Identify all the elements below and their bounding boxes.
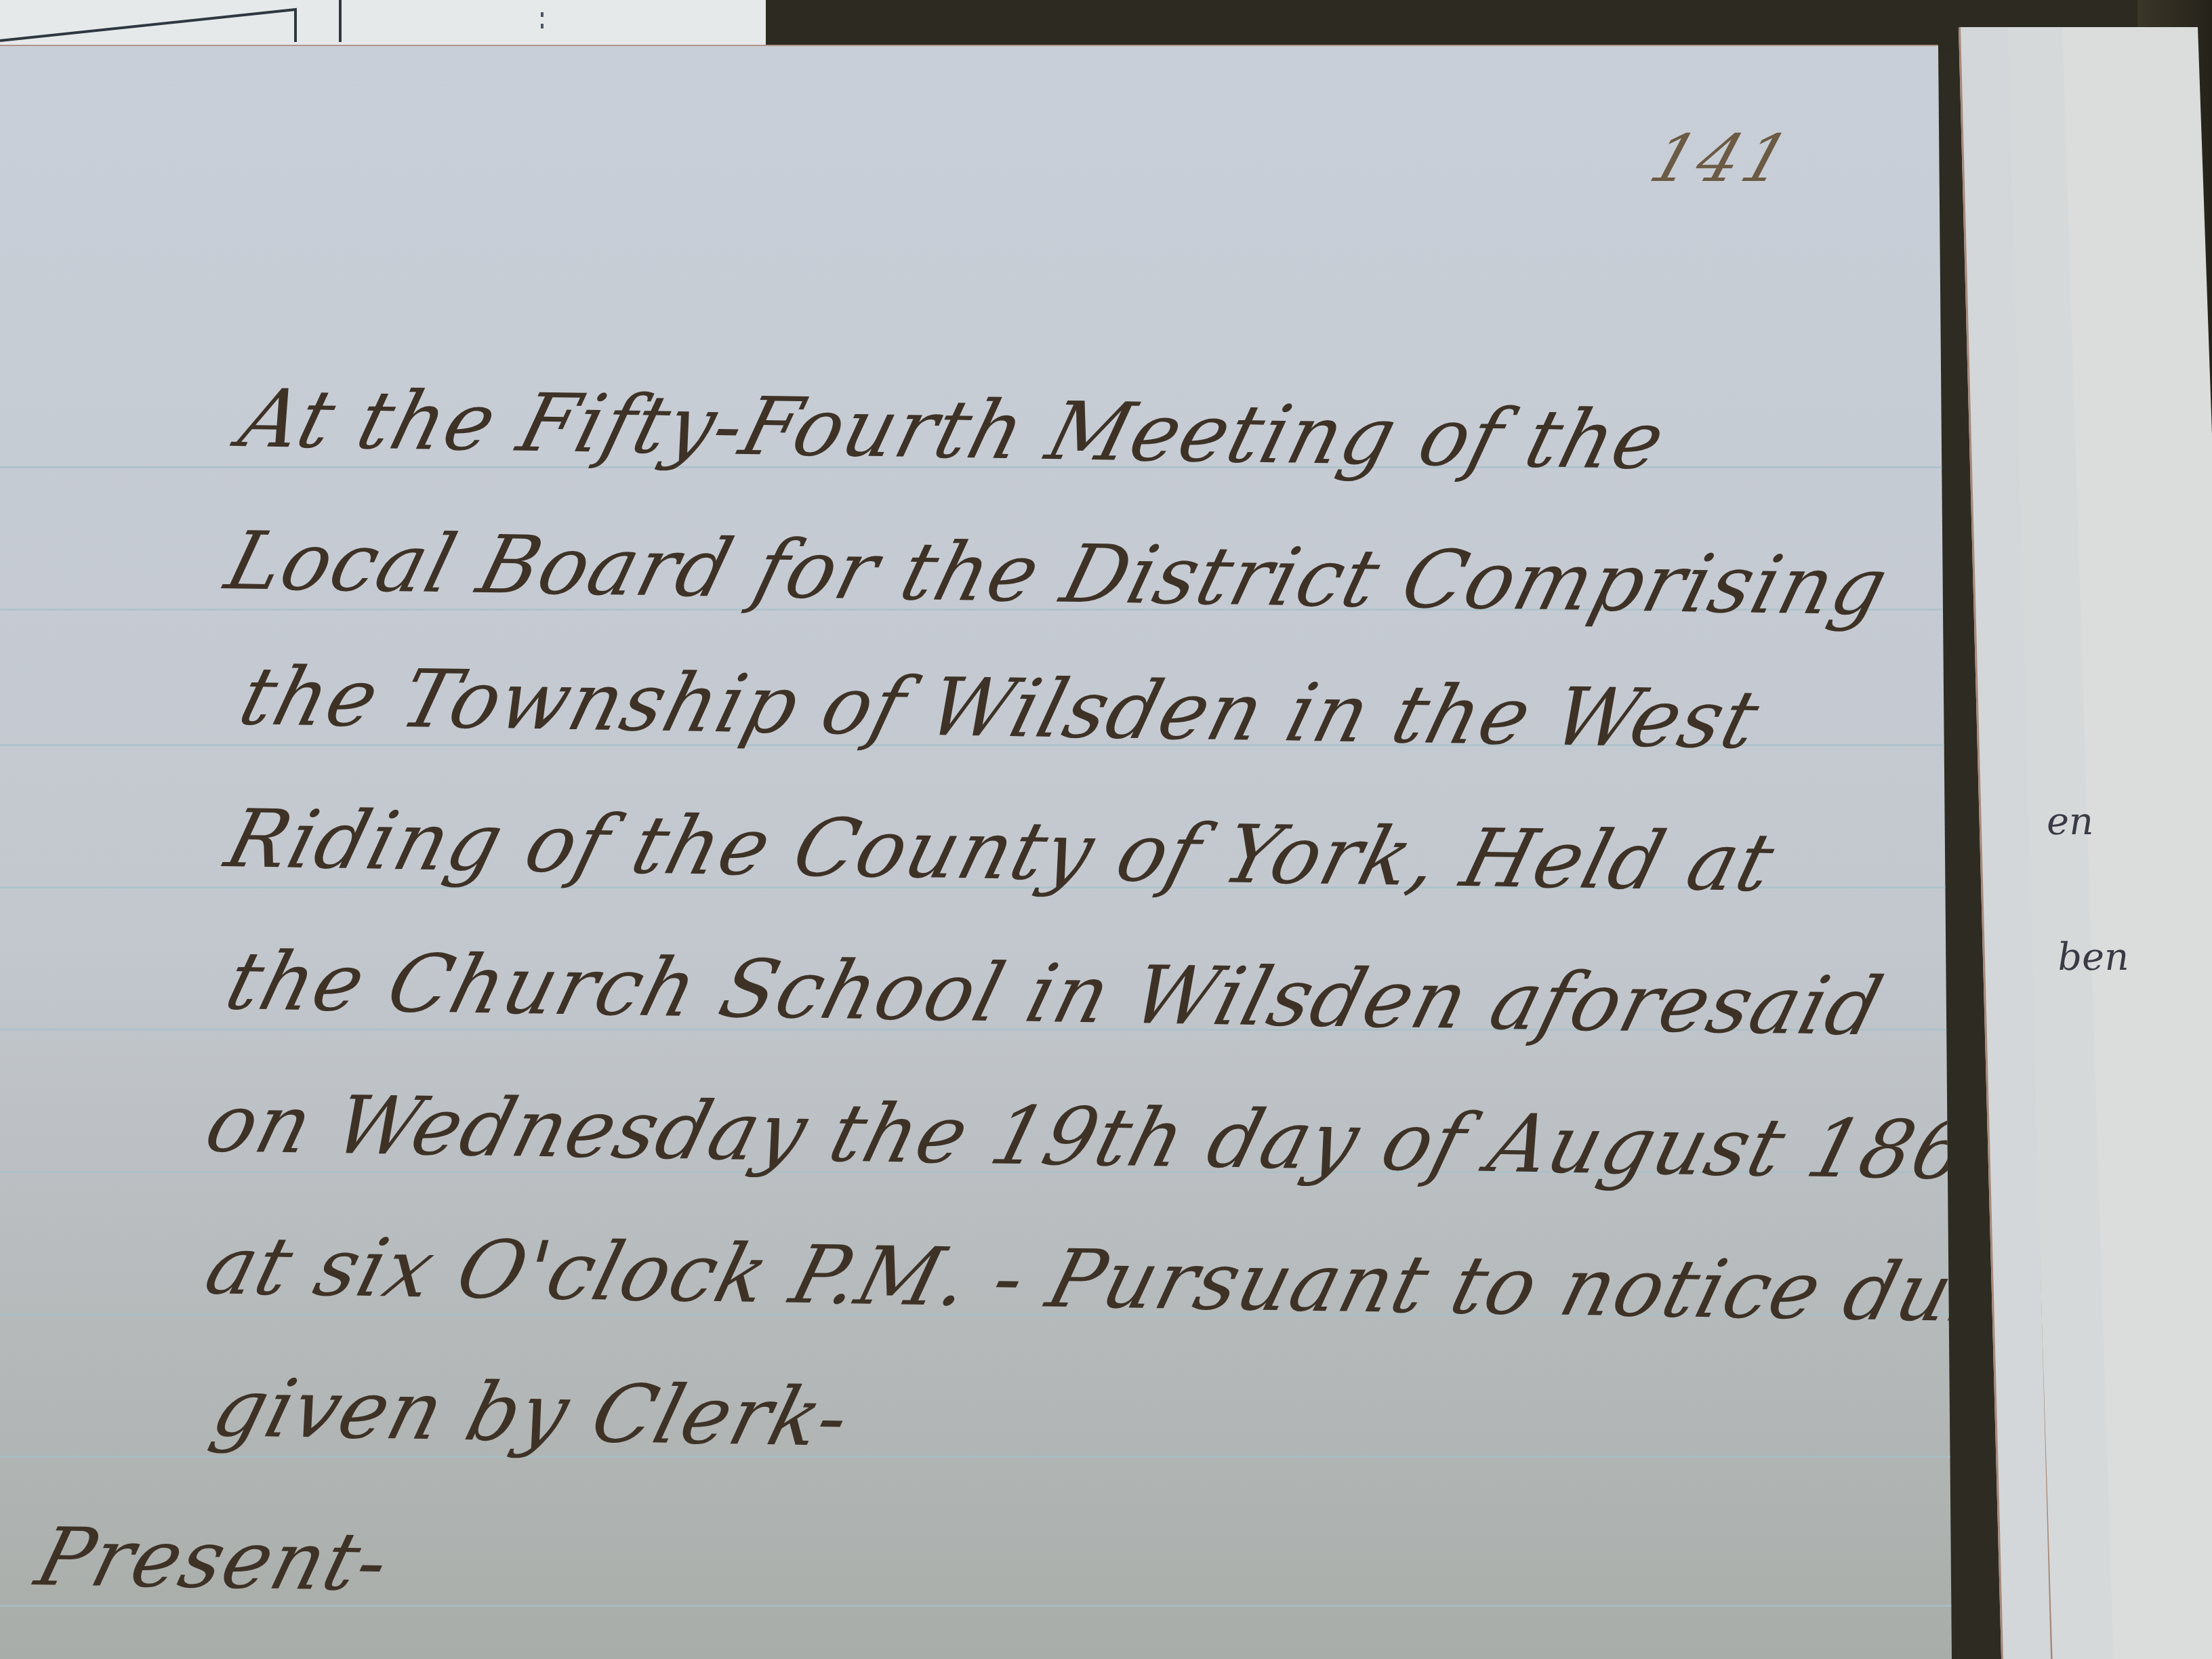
text-line-7: at six O'clock P.M. - Pursuant to notice… <box>197 1218 2037 1340</box>
text-line-4: Riding of the County of York, Held at <box>217 792 1784 909</box>
divider-line <box>339 0 342 42</box>
dotted-marks <box>541 12 545 33</box>
text-line-3: the Township of Wilsden in the West <box>230 649 1769 766</box>
text-line-8: given by Clerk- <box>203 1361 860 1465</box>
text-line-1: At the Fifty-Fourth Meeting of the <box>230 371 1675 487</box>
text-line-present: Present- <box>27 1510 400 1609</box>
margin-fragment: ben <box>2057 935 2129 979</box>
margin-fragment: en <box>2046 800 2094 844</box>
text-line-6: on Wednesday the 19th day of August 1868… <box>197 1076 2059 1199</box>
manuscript-page: 141 At the Fifty-Fourth Meeting of the L… <box>0 45 1954 1659</box>
diagram-line-icon <box>0 0 298 45</box>
ruled-line <box>0 1456 1952 1458</box>
loose-paper-sheet <box>0 0 766 45</box>
text-line-2: Local Board for the District Comprising <box>217 514 1898 634</box>
text-line-5: the Church School in Wilsden aforesaid <box>217 934 1893 1053</box>
page-number: 141 <box>1641 121 1803 197</box>
